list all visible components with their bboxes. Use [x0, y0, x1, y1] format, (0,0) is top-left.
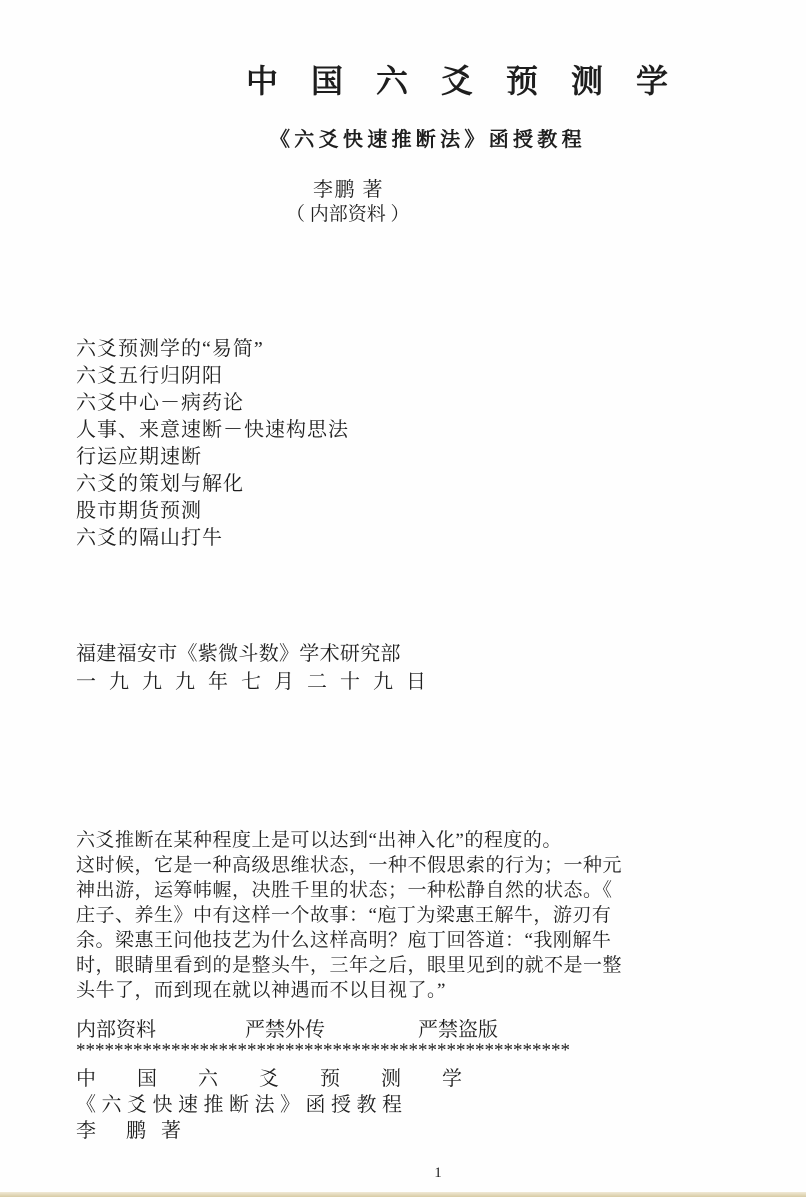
bottom-edge-bar	[0, 1192, 806, 1197]
footer-author-line: 李 鹏 著	[76, 1118, 186, 1144]
notice-internal-material: 内部资料	[76, 1018, 156, 1042]
publication-date: 一 九 九 九 年 七 月 二 十 九 日	[76, 668, 430, 696]
excerpt-line: 余。梁惠王问他技艺为什么这样高明？庖丁回答道：“我刚解牛	[76, 928, 622, 953]
publisher-block: 福建福安市《紫微斗数》学术研究部 一 九 九 九 年 七 月 二 十 九 日	[76, 640, 430, 696]
notice-no-piracy: 严禁盗版	[418, 1018, 498, 1042]
topic-item: 股市期货预测	[76, 498, 349, 525]
excerpt-line: 这时候，它是一种高级思维状态，一种不假思索的行为；一种元	[76, 853, 622, 878]
internal-material-note: （ 内部资料 ）	[286, 202, 410, 227]
topic-item: 六爻预测学的“易简”	[76, 336, 349, 363]
excerpt-line: 六爻推断在某种程度上是可以达到“出神入化”的程度的。	[76, 828, 622, 853]
excerpt-line: 时，眼睛里看到的是整头牛，三年之后，眼里见到的就不是一整	[76, 953, 622, 978]
footer-book-subtitle: 《六爻快速推断法》函授教程	[76, 1092, 408, 1118]
book-subtitle: 《六爻快速推断法》函授教程	[270, 127, 586, 153]
topic-item: 六爻的隔山打牛	[76, 525, 349, 552]
notice-row: 内部资料 严禁外传 严禁盗版	[76, 1018, 576, 1042]
footer-book-title: 中国六爻预测学	[76, 1066, 503, 1092]
document-page: 中国六爻预测学 《六爻快速推断法》函授教程 李鹏 著 （ 内部资料 ） 六爻预测…	[0, 0, 806, 1197]
topic-item: 六爻中心－病药论	[76, 390, 349, 417]
asterisk-separator: ****************************************…	[76, 1040, 573, 1062]
page-number: 1	[426, 1163, 450, 1183]
excerpt-paragraph: 六爻推断在某种程度上是可以达到“出神入化”的程度的。 这时候，它是一种高级思维状…	[76, 828, 622, 1003]
topic-item: 六爻五行归阴阳	[76, 363, 349, 390]
notice-no-distribution: 严禁外传	[245, 1018, 325, 1042]
excerpt-line: 头牛了，而到现在就以神遇而不以目视了。”	[76, 978, 622, 1003]
book-title: 中国六爻预测学	[246, 62, 701, 100]
excerpt-line: 神出游，运筹帏幄，决胜千里的状态；一种松静自然的状态。《	[76, 878, 622, 903]
topic-item: 行运应期速断	[76, 444, 349, 471]
topics-list: 六爻预测学的“易简” 六爻五行归阴阳 六爻中心－病药论 人事、来意速断－快速构思…	[76, 336, 349, 552]
topic-item: 六爻的策划与解化	[76, 471, 349, 498]
topic-item: 人事、来意速断－快速构思法	[76, 417, 349, 444]
publisher-organization: 福建福安市《紫微斗数》学术研究部	[76, 640, 430, 668]
author-line: 李鹏 著	[313, 178, 384, 203]
excerpt-line: 庄子、养生》中有这样一个故事：“庖丁为梁惠王解牛，游刃有	[76, 903, 622, 928]
